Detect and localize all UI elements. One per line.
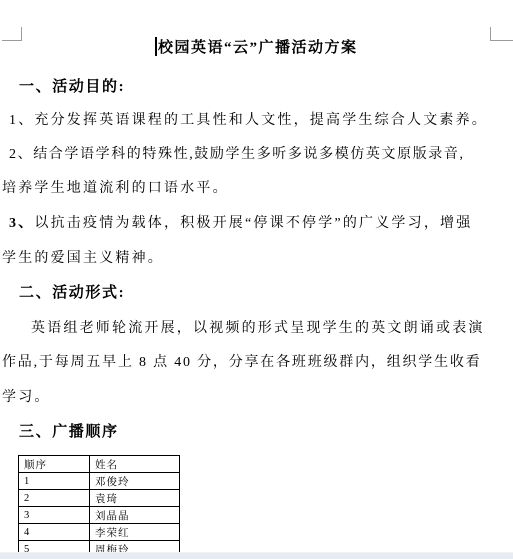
heading-format[interactable]: 二、活动形式:	[19, 284, 125, 303]
table-row: 3 刘晶晶	[19, 507, 180, 524]
table-cell-name[interactable]: 刘晶晶	[90, 507, 180, 524]
paragraph-3-text: 以抗击疫情为载体，积极开展“停课不停学”的广义学习，增强	[34, 216, 472, 231]
document-page[interactable]: 校园英语“云”广播活动方案 一、活动目的: 1、充分发挥英语课程的工具性和人文性…	[0, 0, 513, 559]
table-row: 1 邓俊玲	[19, 473, 180, 490]
paragraph-2-line-2[interactable]: 培养学生地道流利的口语水平。	[2, 179, 229, 198]
paragraph-4-line-3[interactable]: 学习。	[2, 388, 51, 407]
heading-broadcast-order[interactable]: 三、广播顺序	[19, 423, 119, 442]
table-cell-order[interactable]: 1	[19, 473, 90, 490]
table-header-name[interactable]: 姓名	[90, 456, 180, 473]
table-cell-order[interactable]: 3	[19, 507, 90, 524]
table-header-order[interactable]: 顺序	[19, 456, 90, 473]
table-cell-name[interactable]: 李荣红	[90, 524, 180, 541]
paragraph-1[interactable]: 1、充分发挥英语课程的工具性和人文性，提高学生综合人文素养。	[9, 111, 488, 130]
table-cell-name[interactable]: 邓俊玲	[90, 473, 180, 490]
horizontal-scrollbar[interactable]	[0, 552, 513, 559]
table-row: 4 李荣红	[19, 524, 180, 541]
table-row: 2 袁琦	[19, 490, 180, 507]
table-cell-order[interactable]: 4	[19, 524, 90, 541]
paragraph-4-line-2[interactable]: 作品,于每周五早上 8 点 40 分，分享在各班班级群内，组织学生收看	[2, 353, 482, 372]
paragraph-3-line-1[interactable]: 3、以抗击疫情为载体，积极开展“停课不停学”的广义学习，增强	[9, 214, 472, 233]
text-cursor	[155, 37, 157, 56]
broadcast-order-table[interactable]: 顺序 姓名 1 邓俊玲 2 袁琦 3 刘晶晶 4 李荣红 5 周梅玲	[18, 455, 180, 558]
heading-purpose[interactable]: 一、活动目的:	[19, 78, 125, 97]
paragraph-3-line-2[interactable]: 学生的爱国主义精神。	[2, 249, 164, 268]
paragraph-4-line-1[interactable]: 英语组老师轮流开展，以视频的形式呈现学生的英文朗诵或表演	[31, 319, 485, 338]
table-cell-name[interactable]: 袁琦	[90, 490, 180, 507]
paragraph-2-line-1[interactable]: 2、结合学语学科的特殊性,鼓励学生多听多说多模仿英文原版录音,	[9, 145, 465, 164]
paragraph-3-number: 3、	[9, 216, 34, 231]
table-cell-order[interactable]: 2	[19, 490, 90, 507]
document-title-text: 校园英语“云”广播活动方案	[158, 40, 358, 56]
document-title[interactable]: 校园英语“云”广播活动方案	[0, 36, 513, 57]
table-header-row: 顺序 姓名	[19, 456, 180, 473]
